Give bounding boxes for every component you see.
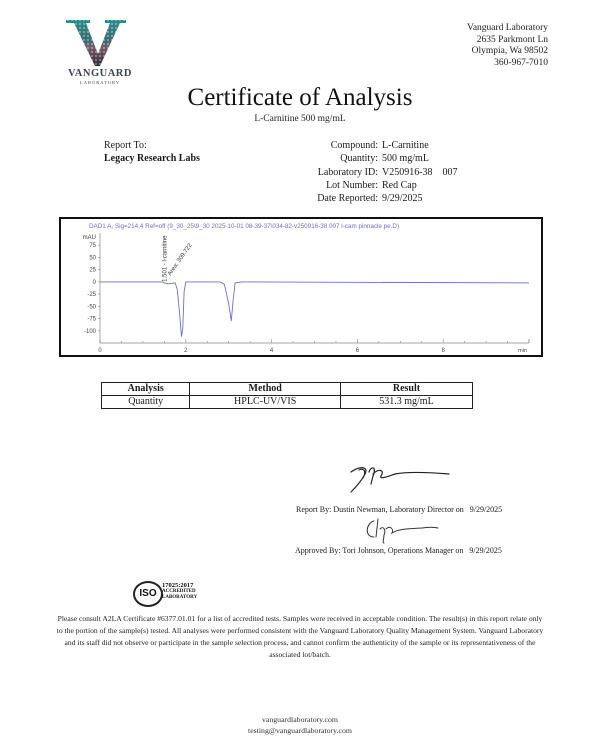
- company-address: Vanguard Laboratory 2635 Parkmont Ln Oly…: [467, 23, 548, 69]
- page-title: Certificate of Analysis: [0, 84, 600, 112]
- svg-text:0: 0: [98, 348, 102, 354]
- info-value: 500 mg/mL: [382, 152, 429, 165]
- manager-signature: [362, 515, 442, 545]
- header-method: Method: [190, 383, 341, 396]
- footer-website[interactable]: vanguardlaboratory.com: [0, 714, 600, 725]
- info-row-laboratory-id: Laboratory ID: V250916-38 007: [300, 166, 458, 179]
- info-label: Quantity:: [300, 152, 382, 165]
- info-label: Lot Number:: [300, 179, 382, 192]
- report-to-label: Report To:: [104, 139, 200, 152]
- cell-result: 531.3 mg/mL: [340, 396, 472, 409]
- info-value: L-Carnitine: [382, 139, 429, 152]
- info-value: V250916-38 007: [382, 166, 458, 179]
- svg-text:2: 2: [184, 348, 188, 354]
- logo-wordmark: VANGUARD: [62, 68, 138, 79]
- report-by-line: Report By: Dustin Newman, Laboratory Dir…: [296, 505, 502, 514]
- disclaimer-text: Please consult A2LA Certificate #6377.01…: [55, 613, 545, 661]
- header-analysis: Analysis: [102, 383, 190, 396]
- info-row-quantity: Quantity: 500 mg/mL: [300, 152, 458, 165]
- iso-line3: LABORATORY: [162, 595, 197, 601]
- svg-text:-25: -25: [87, 292, 96, 298]
- svg-text:mAU: mAU: [83, 235, 96, 241]
- header-result: Result: [340, 383, 472, 396]
- info-value: 9/29/2025: [382, 192, 423, 205]
- info-row-compound: Compound: L-Carnitine: [300, 139, 458, 152]
- info-label: Date Reported:: [300, 192, 382, 205]
- cell-method: HPLC-UV/VIS: [190, 396, 341, 409]
- svg-text:-100: -100: [84, 329, 97, 335]
- svg-text:6: 6: [356, 348, 360, 354]
- info-row-lot-number: Lot Number: Red Cap: [300, 179, 458, 192]
- results-header-row: Analysis Method Result: [102, 383, 473, 396]
- svg-text:4: 4: [270, 348, 274, 354]
- svg-text:-75: -75: [87, 317, 96, 323]
- footer: vanguardlaboratory.com testing@vanguardl…: [0, 714, 600, 736]
- company-phone: 360-967-7010: [467, 58, 548, 70]
- iso-accreditation-badge: ISO 17025:2017 ACCREDITED LABORATORY: [133, 581, 203, 605]
- info-row-date-reported: Date Reported: 9/29/2025: [300, 192, 458, 205]
- page-subtitle: L-Carnitine 500 mg/mL: [0, 114, 600, 124]
- footer-email[interactable]: testing@vanguardlaboratory.com: [0, 725, 600, 736]
- iso-icon: ISO: [133, 581, 163, 607]
- svg-text:-50: -50: [87, 304, 96, 310]
- svg-text:50: 50: [89, 255, 96, 261]
- svg-text:8: 8: [442, 348, 446, 354]
- svg-text:0: 0: [93, 280, 97, 286]
- cell-analysis: Quantity: [102, 396, 190, 409]
- company-logo: VANGUARD LABORATORY: [58, 18, 138, 82]
- client-name: Legacy Research Labs: [104, 152, 200, 165]
- results-table: Analysis Method Result Quantity HPLC-UV/…: [101, 382, 473, 409]
- info-label: Laboratory ID:: [300, 166, 382, 179]
- info-value: Red Cap: [382, 179, 417, 192]
- svg-text:Area: 309.722: Area: 309.722: [167, 242, 194, 277]
- svg-text:min: min: [518, 348, 527, 354]
- info-label: Compound:: [300, 139, 382, 152]
- chromatogram-plot: DAD1 A, Sig=214,4 Ref=off (9_30_25\9_30 …: [61, 219, 541, 355]
- company-name: Vanguard Laboratory: [467, 23, 548, 35]
- company-city: Olympia, Wa 98502: [467, 46, 548, 58]
- chart-title: DAD1 A, Sig=214,4 Ref=off (9_30_25\9_30 …: [89, 223, 399, 230]
- table-row: Quantity HPLC-UV/VIS 531.3 mg/mL: [102, 396, 473, 409]
- vanguard-v-icon: [58, 18, 138, 68]
- company-street: 2635 Parkmont Ln: [467, 35, 548, 47]
- iso-text: 17025:2017 ACCREDITED LABORATORY: [162, 583, 197, 601]
- chromatogram-trace: [100, 282, 529, 337]
- approved-by-line: Approved By: Tori Johnson, Operations Ma…: [295, 546, 502, 555]
- chromatogram: DAD1 A, Sig=214,4 Ref=off (9_30_25\9_30 …: [59, 217, 543, 357]
- svg-text:25: 25: [89, 268, 96, 274]
- svg-text:75: 75: [89, 243, 96, 249]
- sample-info: Compound: L-Carnitine Quantity: 500 mg/m…: [300, 139, 458, 205]
- director-signature: [345, 462, 455, 496]
- report-to-block: Report To: Legacy Research Labs: [104, 139, 200, 165]
